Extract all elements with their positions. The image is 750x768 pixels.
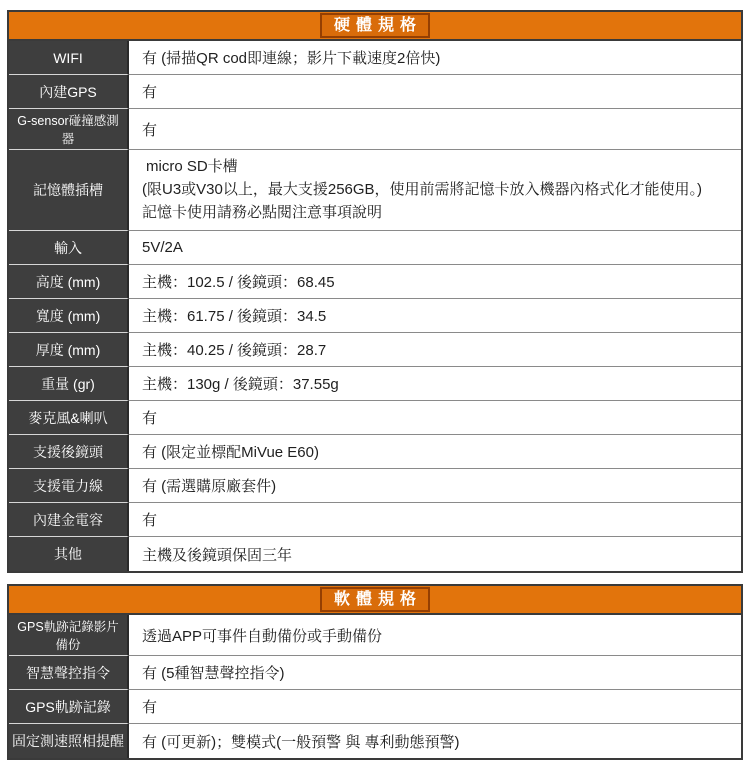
spec-label: 其他 (9, 537, 129, 571)
spec-row-weight: 重量 (gr) 主機：130g / 後鏡頭：37.55g (9, 367, 741, 401)
spec-value: 透過APP可事件自動備份或手動備份 (129, 615, 741, 656)
spec-value: micro SD卡槽 (限U3或V30以上，最大支援256GB，使用前需將記憶卡… (129, 150, 741, 231)
spec-value: 有 (掃描QR cod即連線；影片下載速度2倍快) (129, 41, 741, 75)
spec-label: G-sensor碰撞感測器 (9, 109, 129, 150)
spec-row-memory-slot: 記憶體插槽 micro SD卡槽 (限U3或V30以上，最大支援256GB，使用… (9, 150, 741, 231)
spec-value: 有 (129, 109, 741, 150)
spec-label: 高度 (mm) (9, 265, 129, 299)
software-header-row: 軟體規格 (9, 586, 741, 615)
spec-label: 支援後鏡頭 (9, 435, 129, 469)
spec-label: WIFI (9, 41, 129, 75)
spec-label: 麥克風&喇叭 (9, 401, 129, 435)
spec-value-line: 記憶卡使用請務必點閱注意事項說明 (142, 201, 731, 224)
spec-value-line: (限U3或V30以上，最大支援256GB，使用前需將記憶卡放入機器內格式化才能使… (142, 178, 731, 201)
spec-value: 5V/2A (129, 231, 741, 265)
spec-label: 智慧聲控指令 (9, 656, 129, 690)
spec-value: 有 (可更新)；雙模式(一般預警 與 專利動態預警) (129, 724, 741, 758)
spec-label: 記憶體插槽 (9, 150, 129, 231)
software-section-header: 軟體規格 (9, 586, 741, 615)
spec-value-line: micro SD卡槽 (142, 155, 731, 178)
spec-value: 有 (限定並標配MiVue E60) (129, 435, 741, 469)
spec-value: 主機：102.5 / 後鏡頭：68.45 (129, 265, 741, 299)
spec-label: GPS軌跡記錄影片備份 (9, 615, 129, 656)
spec-label: 輸入 (9, 231, 129, 265)
spec-value: 主機：61.75 / 後鏡頭：34.5 (129, 299, 741, 333)
spec-label: 寬度 (mm) (9, 299, 129, 333)
spec-value: 有 (129, 690, 741, 724)
spec-label: 固定測速照相提醒 (9, 724, 129, 758)
spec-row-wifi: WIFI 有 (掃描QR cod即連線；影片下載速度2倍快) (9, 41, 741, 75)
hardware-section-title: 硬體規格 (320, 13, 430, 38)
spec-row-mic-speaker: 麥克風&喇叭 有 (9, 401, 741, 435)
spec-value: 有 (129, 401, 741, 435)
hardware-spec-table: 硬體規格 WIFI 有 (掃描QR cod即連線；影片下載速度2倍快) 內建GP… (7, 10, 743, 573)
spec-row-capacitor: 內建金電容 有 (9, 503, 741, 537)
spec-row-gps-backup: GPS軌跡記錄影片備份 透過APP可事件自動備份或手動備份 (9, 615, 741, 656)
software-spec-table: 軟體規格 GPS軌跡記錄影片備份 透過APP可事件自動備份或手動備份 智慧聲控指… (7, 584, 743, 760)
spec-row-speed-cam-alert: 固定測速照相提醒 有 (可更新)；雙模式(一般預警 與 專利動態預警) (9, 724, 741, 758)
spec-row-rear-cam: 支援後鏡頭 有 (限定並標配MiVue E60) (9, 435, 741, 469)
spec-label: GPS軌跡記錄 (9, 690, 129, 724)
spec-row-gps-track: GPS軌跡記錄 有 (9, 690, 741, 724)
spec-value: 有 (129, 75, 741, 109)
spec-value: 主機：130g / 後鏡頭：37.55g (129, 367, 741, 401)
spec-row-height: 高度 (mm) 主機：102.5 / 後鏡頭：68.45 (9, 265, 741, 299)
software-section-title: 軟體規格 (320, 587, 430, 612)
spec-row-other: 其他 主機及後鏡頭保固三年 (9, 537, 741, 571)
spec-value: 有 (5種智慧聲控指令) (129, 656, 741, 690)
spec-value: 主機：40.25 / 後鏡頭：28.7 (129, 333, 741, 367)
spec-value: 有 (需選購原廠套件) (129, 469, 741, 503)
spec-row-gps: 內建GPS 有 (9, 75, 741, 109)
spec-row-gsensor: G-sensor碰撞感測器 有 (9, 109, 741, 150)
spec-sheet-page: 硬體規格 WIFI 有 (掃描QR cod即連線；影片下載速度2倍快) 內建GP… (0, 0, 750, 768)
spec-row-power-cable: 支援電力線 有 (需選購原廠套件) (9, 469, 741, 503)
spec-label: 支援電力線 (9, 469, 129, 503)
spec-value: 有 (129, 503, 741, 537)
spec-label: 厚度 (mm) (9, 333, 129, 367)
spec-row-input: 輸入 5V/2A (9, 231, 741, 265)
spec-row-depth: 厚度 (mm) 主機：40.25 / 後鏡頭：28.7 (9, 333, 741, 367)
spec-label: 內建金電容 (9, 503, 129, 537)
spec-row-voice-control: 智慧聲控指令 有 (5種智慧聲控指令) (9, 656, 741, 690)
hardware-section-header: 硬體規格 (9, 12, 741, 41)
hardware-header-row: 硬體規格 (9, 12, 741, 41)
spec-value: 主機及後鏡頭保固三年 (129, 537, 741, 571)
spec-label: 重量 (gr) (9, 367, 129, 401)
spec-label: 內建GPS (9, 75, 129, 109)
spec-row-width: 寬度 (mm) 主機：61.75 / 後鏡頭：34.5 (9, 299, 741, 333)
